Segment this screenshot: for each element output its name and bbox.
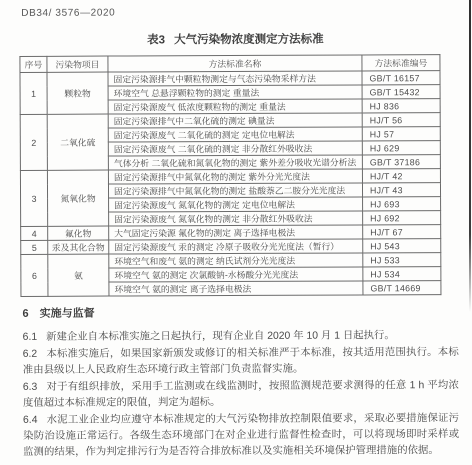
method-standard-name: 固定污染源废气 氮氧化物的测定 定电位电解法 bbox=[109, 197, 363, 212]
method-standard-code: GB/T 15432 bbox=[362, 85, 440, 99]
row-serial-number: 4 bbox=[21, 226, 48, 240]
method-standard-code: HJ/T 43 bbox=[362, 183, 440, 197]
pollutant-name: 氮氧化物 bbox=[47, 170, 108, 226]
clause-text: 本标准实施后，如果国家新颁发或修订的相关标准严于本标准，按其适用范围执行。本标准… bbox=[23, 347, 459, 376]
method-standard-name: 环境空气 氨的测定 次氯酸钠-水杨酸分光光度法 bbox=[109, 267, 363, 282]
method-standard-code: HJ/T 56 bbox=[362, 113, 440, 127]
method-standard-name: 环境空气和废气 氨的测定 纳氏试剂分光光度法 bbox=[109, 253, 363, 268]
clause-text: 新建企业自本标准实施之日起执行，现有企业自 2020 年 10 月 1 日起执行… bbox=[46, 330, 395, 343]
method-standard-code: HJ 692 bbox=[363, 211, 441, 225]
standard-doc-code: DB34/ 3576—2020 bbox=[21, 6, 471, 19]
table-title: 表3大气污染物浓度测定方法标准 bbox=[0, 30, 471, 48]
clause-number: 6.2 bbox=[23, 349, 38, 360]
clause-paragraph: 6.3对于有组织排放，采用手工监测或在线监测时，按照监测规范要求测得的任意 1 … bbox=[23, 378, 459, 412]
clause-paragraph: 6.1新建企业自本标准实施之日起执行，现有企业自 2020 年 10 月 1 日… bbox=[23, 328, 459, 346]
method-standard-code: HJ/T 67 bbox=[363, 225, 441, 239]
section-number: 6 bbox=[23, 308, 29, 320]
method-standard-name: 固定污染源废气 二氧化硫的测定 定电位电解法 bbox=[108, 127, 362, 142]
section-heading: 6实施与监督 bbox=[23, 306, 459, 321]
clause-text: 对于有组织排放，采用手工监测或在线监测时，按照监测规范要求测得的任意 1 h 平… bbox=[23, 380, 459, 409]
method-standard-name: 固定污染源排气中氮氧化物的测定 盐酸萘乙二胺分光光度法 bbox=[108, 183, 362, 198]
method-standard-name: 环境空气 总悬浮颗粒物的测定 重量法 bbox=[108, 85, 362, 100]
method-standard-code: HJ 533 bbox=[363, 253, 441, 267]
method-standard-name: 固定污染源排气中颗粒物测定与气态污染物采样方法 bbox=[108, 71, 362, 86]
method-standard-name: 固定污染源废气 低浓度颗粒物的测定 重量法 bbox=[108, 99, 362, 114]
document-page: DB34/ 3576—2020 表3大气污染物浓度测定方法标准 序号 污染物项目… bbox=[0, 0, 472, 465]
method-standard-code: GB/T 37186 bbox=[362, 155, 440, 169]
clause-number: 6.4 bbox=[23, 415, 38, 426]
header-pollutant-item: 污染物项目 bbox=[47, 56, 108, 72]
clause-paragraph: 6.4水泥工业企业均应遵守本标准规定的大气污染物排放控制限值要求，采取必要措施保… bbox=[23, 411, 459, 461]
method-standard-code: HJ 57 bbox=[362, 127, 440, 141]
method-standard-code: GB/T 14669 bbox=[363, 281, 441, 295]
section-title: 实施与监督 bbox=[40, 308, 95, 320]
header-serial-number: 序号 bbox=[20, 56, 47, 72]
method-standard-code: HJ 693 bbox=[363, 197, 441, 211]
header-method-standard-code: 方法标准编号 bbox=[362, 55, 440, 71]
method-standard-code: HJ/T 42 bbox=[362, 169, 440, 183]
row-serial-number: 1 bbox=[20, 72, 47, 114]
method-standard-name: 固定污染源排气中氮氧化物的测定 紫外分光光度法 bbox=[108, 169, 362, 184]
row-serial-number: 5 bbox=[21, 240, 48, 254]
table-number-label: 表3 bbox=[147, 34, 165, 46]
method-standard-name: 固定污染源废气 汞的测定 冷原子吸收分光光度法（暂行） bbox=[109, 239, 363, 254]
method-standard-name: 固定污染源废气 二氧化硫的测定 非分散红外吸收法 bbox=[108, 141, 362, 156]
method-standard-name: 环境空气 氨的测定 离子选择电极法 bbox=[109, 281, 363, 296]
pollutant-name: 氟化物 bbox=[48, 226, 109, 240]
table-header-row: 序号 污染物项目 方法标准名称 方法标准编号 bbox=[20, 55, 440, 73]
clause-paragraph: 6.2本标准实施后，如果国家新颁发或修订的相关标准严于本标准，按其适用范围执行。… bbox=[23, 345, 459, 379]
table-title-text: 大气污染物浓度测定方法标准 bbox=[174, 34, 324, 47]
methods-table-body: 1颗粒物固定污染源排气中颗粒物测定与气态污染物采样方法GB/T 16157环境空… bbox=[20, 71, 441, 297]
scanned-content: DB34/ 3576—2020 表3大气污染物浓度测定方法标准 序号 污染物项目… bbox=[0, 6, 472, 461]
pollutant-name: 颗粒物 bbox=[47, 72, 108, 114]
clause-text: 水泥工业企业均应遵守本标准规定的大气污染物排放控制限值要求，采取必要措施保证污染… bbox=[23, 413, 459, 458]
methods-table: 序号 污染物项目 方法标准名称 方法标准编号 1颗粒物固定污染源排气中颗粒物测定… bbox=[19, 54, 441, 297]
clause-number: 6.3 bbox=[23, 382, 38, 393]
method-standard-code: HJ 534 bbox=[363, 267, 441, 281]
method-standard-name: 气体分析 二氧化硫和氮氧化物的测定 紫外差分吸收光谱分析法 bbox=[108, 155, 362, 170]
pollutant-name: 氨 bbox=[48, 254, 109, 296]
row-serial-number: 3 bbox=[20, 170, 47, 226]
method-standard-code: HJ 836 bbox=[362, 99, 440, 113]
method-standard-code: HJ 543 bbox=[363, 239, 441, 253]
row-serial-number: 6 bbox=[21, 254, 48, 296]
clauses: 6.1新建企业自本标准实施之日起执行，现有企业自 2020 年 10 月 1 日… bbox=[23, 328, 460, 461]
implementation-section: 6实施与监督 6.1新建企业自本标准实施之日起执行，现有企业自 2020 年 1… bbox=[23, 306, 460, 461]
method-standard-name: 固定污染源排气中二氧化硫的测定 碘量法 bbox=[108, 113, 362, 128]
pollutant-name: 二氧化硫 bbox=[47, 114, 108, 170]
method-standard-name: 大气固定污染源 氟化物的测定 离子选择电极法 bbox=[109, 225, 363, 240]
row-serial-number: 2 bbox=[20, 114, 47, 170]
pollutant-name: 汞及其化合物 bbox=[48, 240, 109, 254]
method-standard-code: GB/T 16157 bbox=[362, 71, 440, 85]
clause-number: 6.1 bbox=[23, 332, 38, 343]
method-standard-name: 固定污染源废气 氮氧化物的测定 非分散红外吸收法 bbox=[109, 211, 363, 226]
header-method-standard-name: 方法标准名称 bbox=[108, 55, 362, 72]
method-standard-code: HJ 629 bbox=[362, 141, 440, 155]
